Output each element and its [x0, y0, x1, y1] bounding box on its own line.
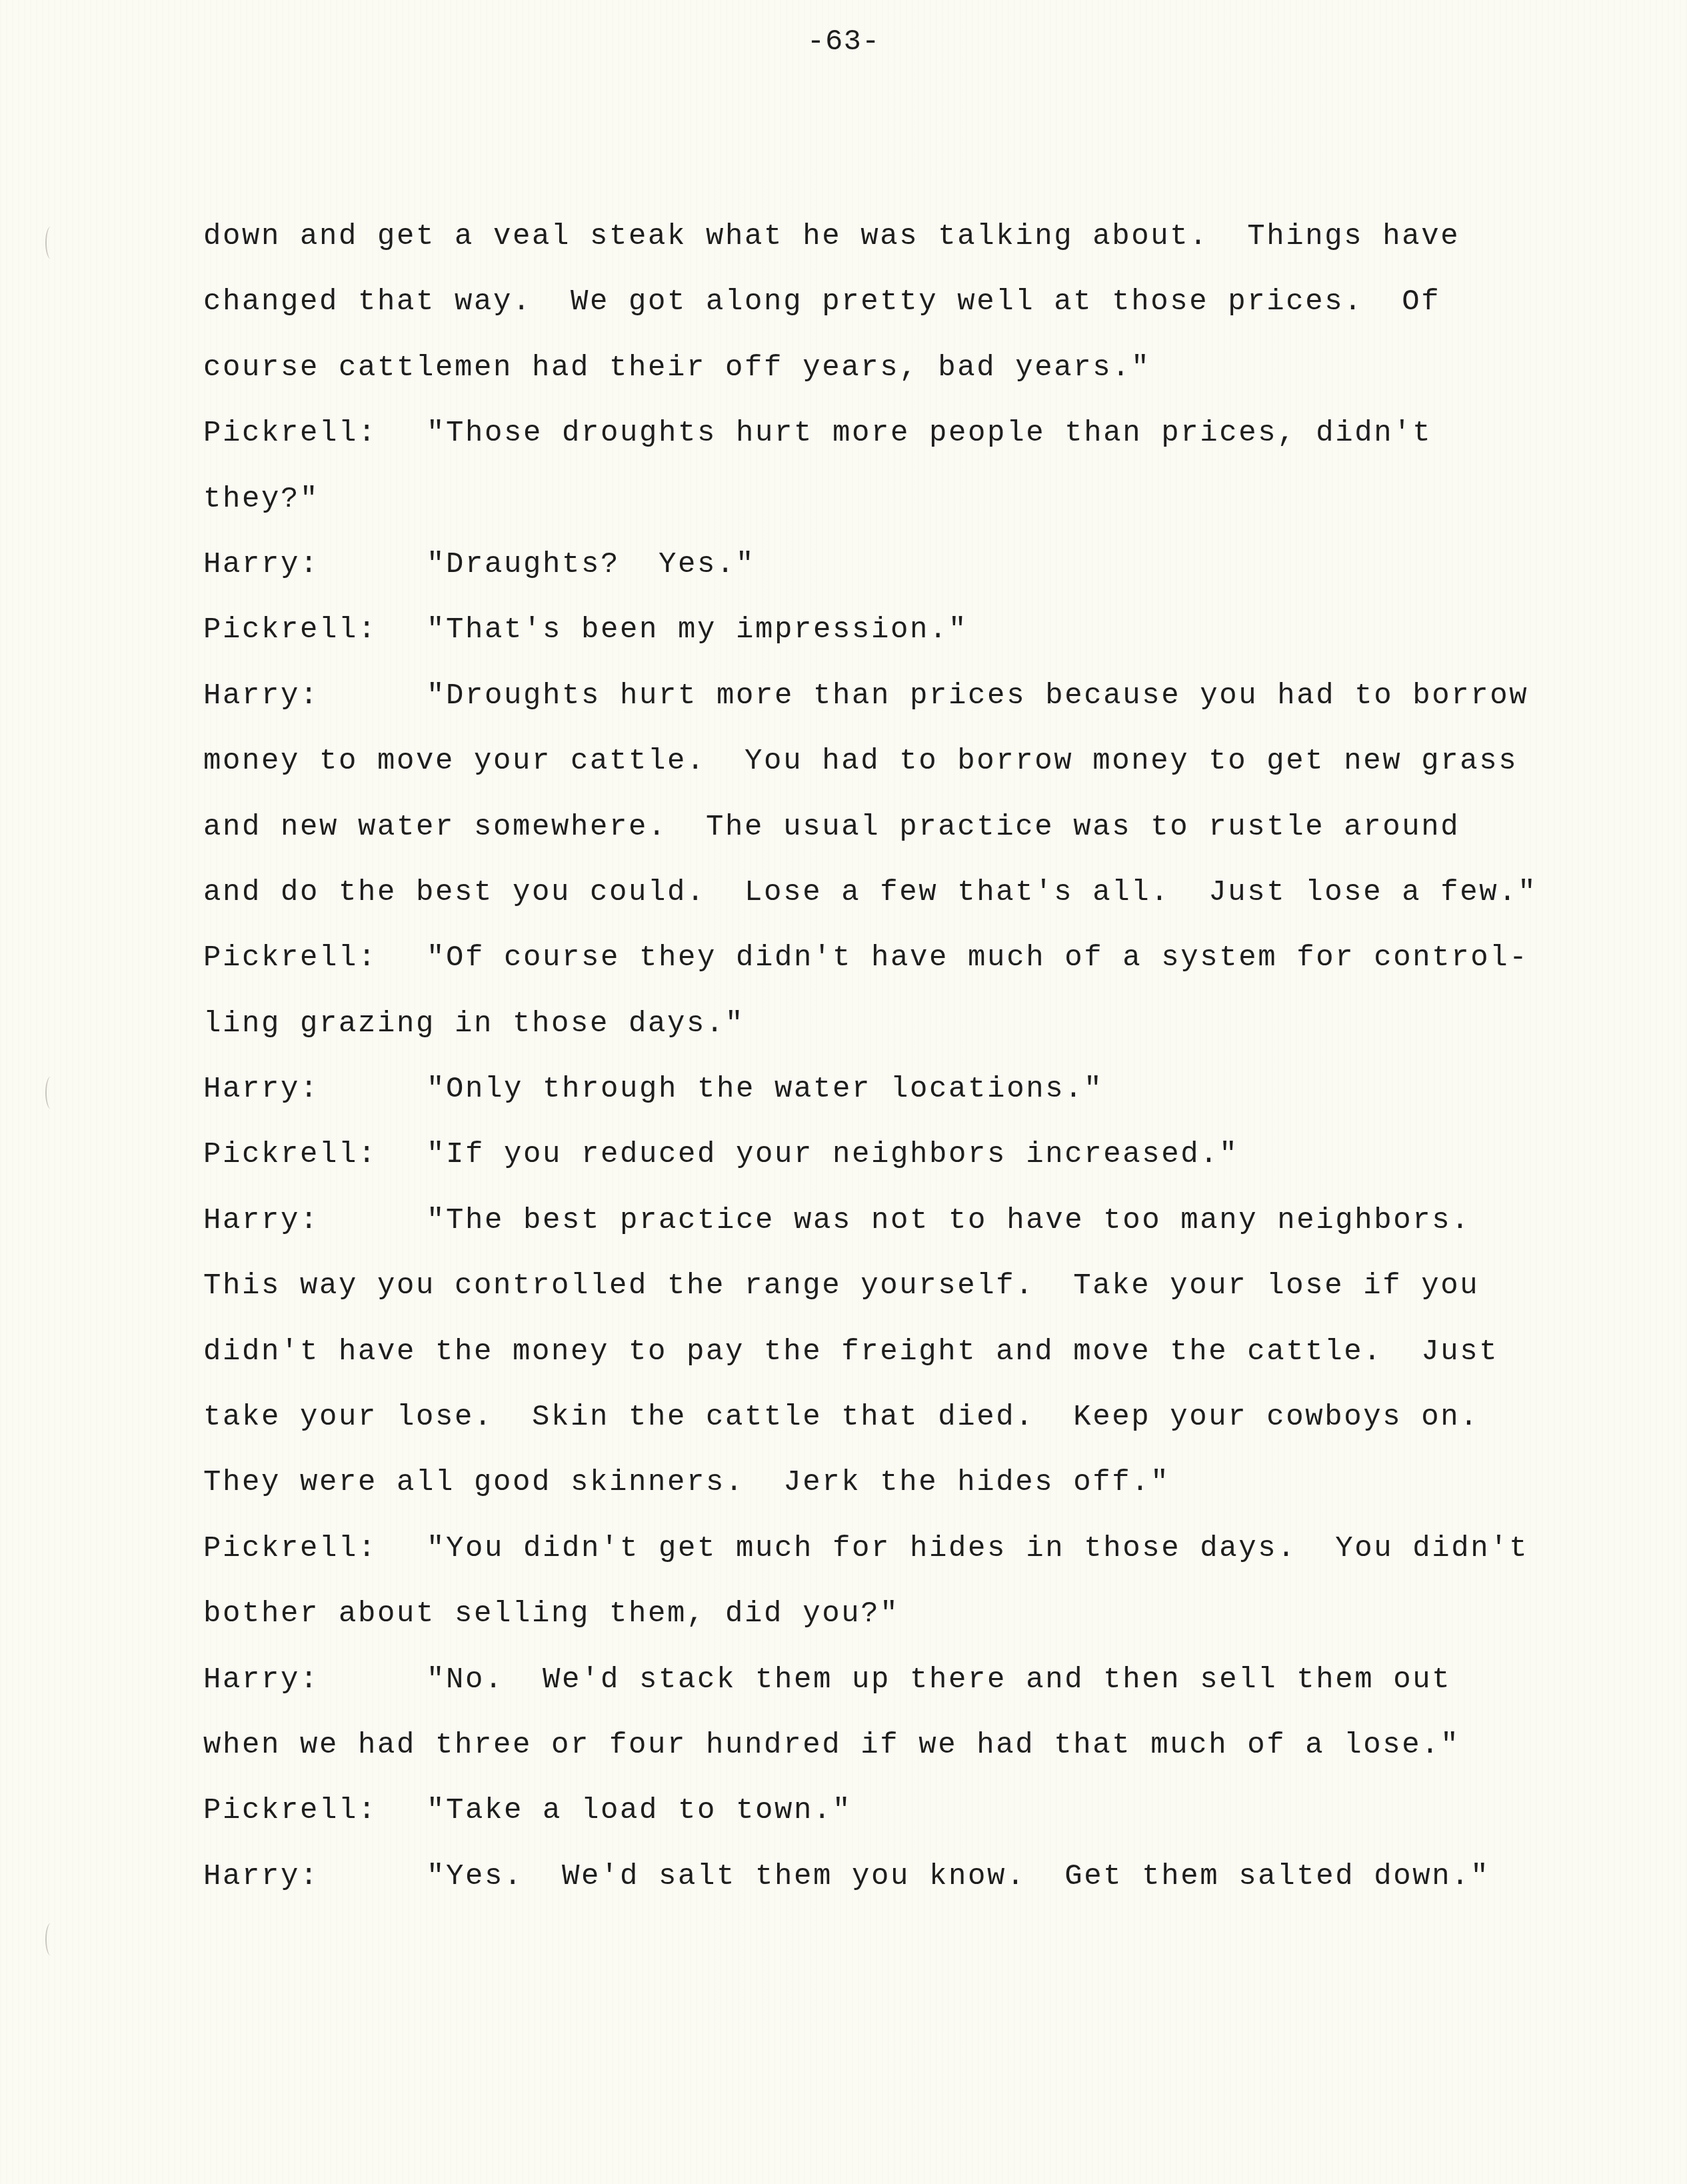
line-text: money to move your cattle. You had to bo…	[203, 745, 1518, 778]
line-text: "Those droughts hurt more people than pr…	[427, 417, 1432, 450]
dialogue-line: Harry:"Draughts? Yes."	[203, 545, 1603, 610]
line-text: and new water somewhere. The usual pract…	[203, 811, 1460, 844]
speaker-label: Harry:	[203, 1857, 427, 1897]
line-text: They were all good skinners. Jerk the hi…	[203, 1466, 1170, 1499]
continuation-line: they?"	[203, 479, 1603, 545]
speaker-label: Pickrell:	[203, 1529, 427, 1569]
continuation-line: They were all good skinners. Jerk the hi…	[203, 1463, 1603, 1528]
line-text: "Droughts hurt more than prices because …	[427, 679, 1528, 713]
dialogue-line: Pickrell:"Take a load to town."	[203, 1791, 1603, 1856]
speaker-label: Pickrell:	[203, 1791, 427, 1831]
line-text: down and get a veal steak what he was ta…	[203, 220, 1460, 253]
line-text: "That's been my impression."	[427, 613, 968, 647]
line-text: bother about selling them, did you?"	[203, 1597, 899, 1631]
line-text: take your lose. Skin the cattle that die…	[203, 1401, 1479, 1434]
line-text: "No. We'd stack them up there and then s…	[427, 1663, 1451, 1697]
speaker-label: Harry:	[203, 1201, 427, 1241]
dialogue-line: Harry:"Yes. We'd salt them you know. Get…	[203, 1857, 1603, 1922]
continuation-line: didn't have the money to pay the freight…	[203, 1332, 1603, 1397]
dialogue-line: Harry:"The best practice was not to have…	[203, 1201, 1603, 1266]
speaker-label: Pickrell:	[203, 1135, 427, 1175]
line-text: didn't have the money to pay the freight…	[203, 1335, 1498, 1369]
line-text: This way you controlled the range yourse…	[203, 1269, 1479, 1303]
dialogue-line: Pickrell:"That's been my impression."	[203, 610, 1603, 675]
line-text: "You didn't get much for hides in those …	[427, 1532, 1528, 1565]
margin-hole-mark	[45, 227, 56, 259]
continuation-line: and do the best you could. Lose a few th…	[203, 873, 1603, 938]
continuation-line: money to move your cattle. You had to bo…	[203, 741, 1603, 807]
dialogue-line: Pickrell:"If you reduced your neighbors …	[203, 1135, 1603, 1200]
line-text: "Draughts? Yes."	[427, 548, 755, 581]
continuation-line: bother about selling them, did you?"	[203, 1594, 1603, 1659]
speaker-label: Harry:	[203, 676, 427, 716]
line-text: ling grazing in those days."	[203, 1007, 745, 1041]
speaker-label: Harry:	[203, 1660, 427, 1700]
continuation-line: down and get a veal steak what he was ta…	[203, 217, 1603, 282]
continuation-line: ling grazing in those days."	[203, 1004, 1603, 1069]
line-text: changed that way. We got along pretty we…	[203, 285, 1440, 319]
margin-hole-mark	[45, 1077, 56, 1109]
speaker-label: Harry:	[203, 1069, 427, 1109]
page-number: -63-	[0, 25, 1687, 59]
line-text: "If you reduced your neighbors increased…	[427, 1138, 1238, 1171]
line-text: they?"	[203, 483, 319, 516]
line-text: "Yes. We'd salt them you know. Get them …	[427, 1860, 1490, 1893]
dialogue-line: Pickrell:"Those droughts hurt more peopl…	[203, 413, 1603, 479]
continuation-line: when we had three or four hundred if we …	[203, 1725, 1603, 1791]
speaker-label: Pickrell:	[203, 938, 427, 978]
continuation-line: and new water somewhere. The usual pract…	[203, 807, 1603, 873]
dialogue-line: Harry:"Droughts hurt more than prices be…	[203, 676, 1603, 741]
continuation-line: course cattlemen had their off years, ba…	[203, 348, 1603, 413]
continuation-line: This way you controlled the range yourse…	[203, 1266, 1603, 1331]
line-text: "The best practice was not to have too m…	[427, 1204, 1470, 1237]
continuation-line: changed that way. We got along pretty we…	[203, 282, 1603, 347]
speaker-label: Harry:	[203, 545, 427, 585]
continuation-line: take your lose. Skin the cattle that die…	[203, 1397, 1603, 1463]
dialogue-line: Pickrell:"You didn't get much for hides …	[203, 1529, 1603, 1594]
line-text: "Only through the water locations."	[427, 1073, 1103, 1106]
transcript-body: down and get a veal steak what he was ta…	[203, 217, 1603, 1922]
line-text: and do the best you could. Lose a few th…	[203, 876, 1537, 909]
dialogue-line: Pickrell:"Of course they didn't have muc…	[203, 938, 1603, 1003]
margin-hole-mark	[45, 1923, 56, 1955]
speaker-label: Pickrell:	[203, 413, 427, 453]
speaker-label: Pickrell:	[203, 610, 427, 650]
line-text: "Of course they didn't have much of a sy…	[427, 941, 1528, 975]
dialogue-line: Harry:"Only through the water locations.…	[203, 1069, 1603, 1135]
line-text: course cattlemen had their off years, ba…	[203, 351, 1150, 385]
dialogue-line: Harry:"No. We'd stack them up there and …	[203, 1660, 1603, 1725]
line-text: "Take a load to town."	[427, 1794, 852, 1827]
line-text: when we had three or four hundred if we …	[203, 1729, 1460, 1762]
